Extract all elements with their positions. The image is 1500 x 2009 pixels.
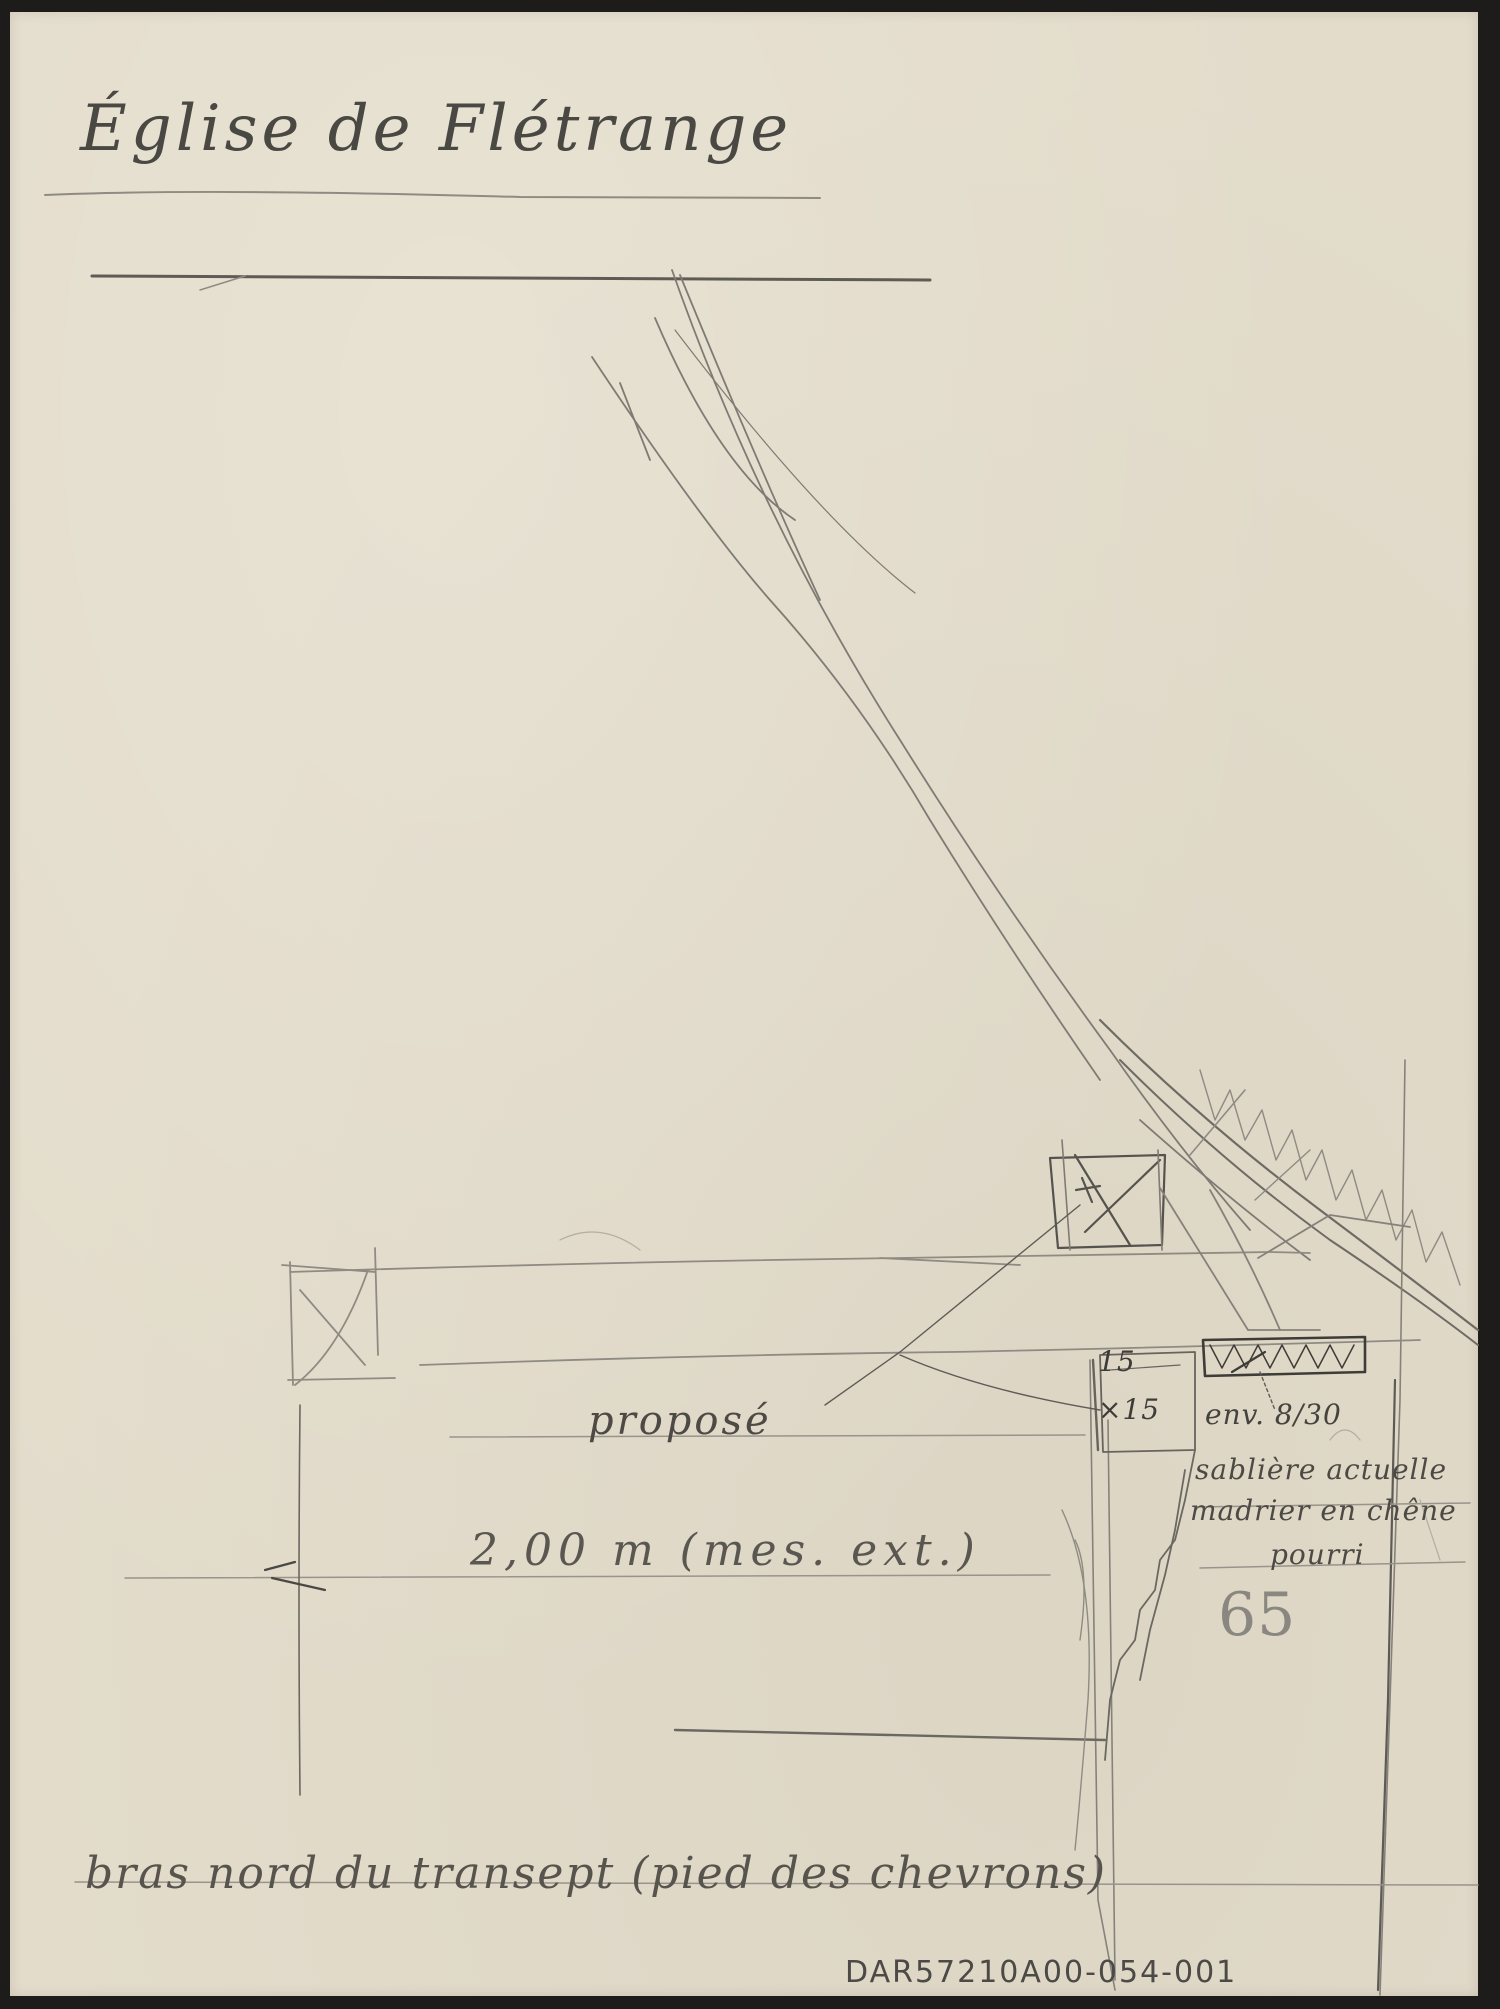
dimension-line bbox=[265, 1405, 1105, 1795]
archive-reference: DAR57210A00-054-001 bbox=[845, 1955, 1237, 1990]
wall-break-line bbox=[1105, 1450, 1195, 1760]
label-beam-size-top: 15 bbox=[1098, 1345, 1136, 1378]
proposed-stroke bbox=[1075, 1540, 1084, 1640]
label-dimension: 2,00 m (mes. ext.) bbox=[470, 1525, 981, 1576]
proposed-beam-box bbox=[1050, 1140, 1165, 1250]
pencil-drawing bbox=[0, 0, 1500, 2009]
wall-vertical-lines bbox=[1090, 1060, 1405, 1995]
left-beam-box bbox=[282, 1248, 378, 1385]
label-beam-size-bottom: ×15 bbox=[1098, 1393, 1160, 1426]
label-approx-size: env. 8/30 bbox=[1205, 1398, 1342, 1431]
label-oak-plank: madrier en chêne bbox=[1190, 1494, 1457, 1527]
dimension-paren bbox=[1062, 1510, 1089, 1850]
leader-lines bbox=[825, 1205, 1275, 1410]
label-current-wall-plate: sablière actuelle bbox=[1195, 1453, 1447, 1486]
drawing-caption: bras nord du transept (pied des chevrons… bbox=[85, 1848, 1107, 1899]
document-title: Église de Flétrange bbox=[80, 92, 792, 166]
label-proposed: proposé bbox=[588, 1398, 772, 1444]
label-number: 65 bbox=[1218, 1580, 1296, 1650]
title-rule-lines bbox=[45, 192, 930, 290]
label-rotten: pourri bbox=[1270, 1538, 1365, 1571]
